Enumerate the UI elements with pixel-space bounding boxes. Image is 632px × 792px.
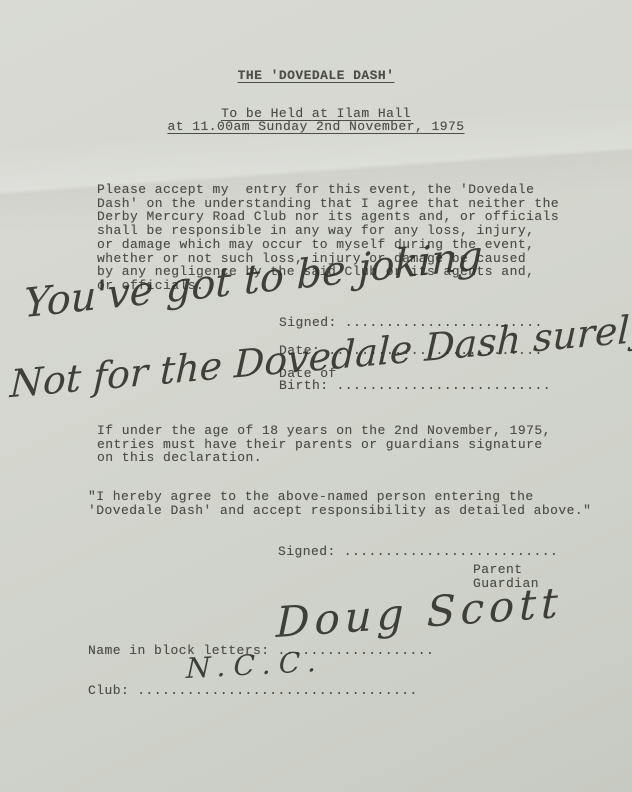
guardian-signed-label: Signed: (278, 544, 336, 559)
name-field: Name in block letters:..................… (88, 644, 434, 658)
date-dotted-line: .......................... (328, 343, 543, 358)
declaration-paragraph: Please accept my entry for this event, t… (97, 183, 587, 293)
scanned-entry-form-page: THE 'DOVEDALE DASH' To be Held at Ilam H… (0, 0, 632, 792)
signed-field: Signed:........................ (279, 316, 543, 330)
date-of-birth-field: Birth:.......................... (279, 379, 551, 393)
name-dotted-line: ................... (278, 643, 435, 658)
date-of-birth-label-line2: Birth: (279, 378, 329, 393)
club-label: Club: (88, 683, 129, 698)
guardian-clause-paragraph: "I hereby agree to the above-named perso… (88, 490, 598, 517)
guardian-signed-field: Signed:.......................... (278, 545, 558, 559)
age-clause-paragraph: If under the age of 18 years on the 2nd … (97, 424, 587, 465)
date-field: Date:.......................... (279, 344, 543, 358)
signed-label: Signed: (279, 315, 337, 330)
name-label: Name in block letters: (88, 643, 270, 658)
date-label: Date: (279, 343, 320, 358)
subtitle-datetime: at 11.00am Sunday 2nd November, 1975 (0, 120, 632, 134)
date-of-birth-dotted-line: .......................... (337, 378, 552, 393)
guardian-signed-dotted-line: .......................... (344, 544, 559, 559)
signed-dotted-line: ........................ (345, 315, 543, 330)
document-title: THE 'DOVEDALE DASH' (0, 69, 632, 83)
guardian-role-label: Parent Guardian (473, 563, 539, 590)
club-dotted-line: .................................. (137, 683, 418, 698)
club-field: Club:.................................. (88, 684, 418, 698)
